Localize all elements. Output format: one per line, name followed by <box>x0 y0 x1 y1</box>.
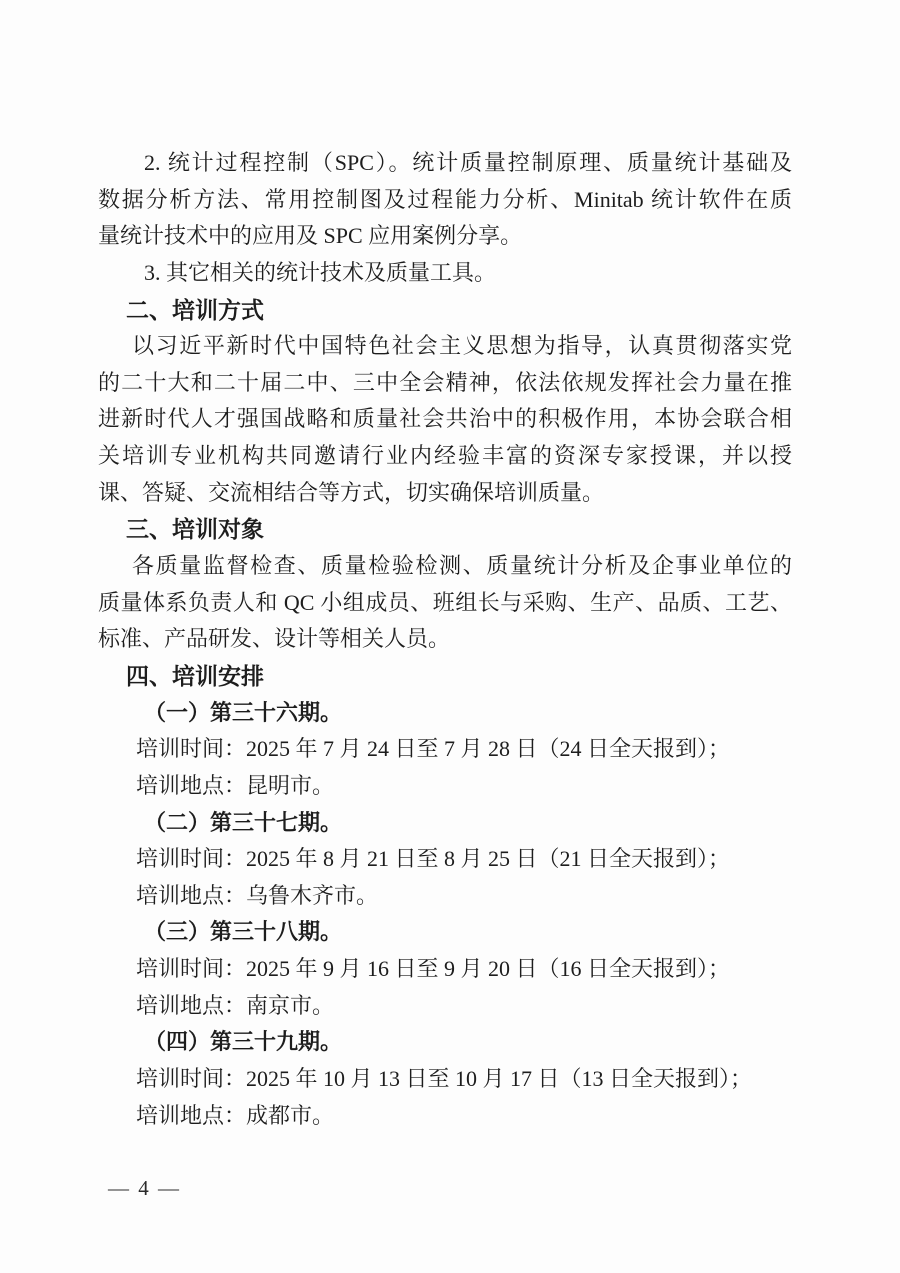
heading-line: 四、培训安排 <box>98 658 792 695</box>
text-line: 以习近平新时代中国特色社会主义思想为指导，认真贯彻落实党 <box>98 328 792 365</box>
text-line: 3. 其它相关的统计技术及质量工具。 <box>98 255 792 292</box>
heading-line: 三、培训对象 <box>98 511 792 548</box>
text-line: 标准、产品研发、设计等相关人员。 <box>98 621 792 658</box>
text-line: 进新时代人才强国战略和质量社会共治中的积极作用，本协会联合相 <box>98 401 792 438</box>
heading-line: 二、培训方式 <box>98 292 792 329</box>
text-line: 培训地点：成都市。 <box>98 1098 792 1135</box>
heading-line: （四）第三十九期。 <box>98 1024 792 1061</box>
heading-line: （二）第三十七期。 <box>98 805 792 842</box>
text-line: 培训时间：2025 年 10 月 13 日至 10 月 17 日（13 日全天报… <box>98 1061 792 1098</box>
text-line: 各质量监督检查、质量检验检测、质量统计分析及企事业单位的 <box>98 548 792 585</box>
text-line: 课、答疑、交流相结合等方式，切实确保培训质量。 <box>98 475 792 512</box>
heading-line: （三）第三十八期。 <box>98 914 792 951</box>
text-line: 2. 统计过程控制（SPC）。统计质量控制原理、质量统计基础及 <box>98 145 792 182</box>
text-line: 培训地点：乌鲁木齐市。 <box>98 878 792 915</box>
text-line: 量统计技术中的应用及 SPC 应用案例分享。 <box>98 218 792 255</box>
text-line: 质量体系负责人和 QC 小组成员、班组长与采购、生产、品质、工艺、 <box>98 585 792 622</box>
text-line: 关培训专业机构共同邀请行业内经验丰富的资深专家授课，并以授 <box>98 438 792 475</box>
document-page: 2. 统计过程控制（SPC）。统计质量控制原理、质量统计基础及数据分析方法、常用… <box>0 0 900 1273</box>
text-line: 数据分析方法、常用控制图及过程能力分析、Minitab 统计软件在质 <box>98 182 792 219</box>
text-line: 培训地点：昆明市。 <box>98 768 792 805</box>
text-line: 培训地点：南京市。 <box>98 988 792 1025</box>
document-body: 2. 统计过程控制（SPC）。统计质量控制原理、质量统计基础及数据分析方法、常用… <box>98 145 792 1134</box>
text-line: 的二十大和二十届二中、三中全会精神，依法依规发挥社会力量在推 <box>98 365 792 402</box>
text-line: 培训时间：2025 年 8 月 21 日至 8 月 25 日（21 日全天报到）… <box>98 841 792 878</box>
text-line: 培训时间：2025 年 9 月 16 日至 9 月 20 日（16 日全天报到）… <box>98 951 792 988</box>
page-number: — 4 — <box>108 1176 181 1200</box>
heading-line: （一）第三十六期。 <box>98 695 792 732</box>
text-line: 培训时间：2025 年 7 月 24 日至 7 月 28 日（24 日全天报到）… <box>98 731 792 768</box>
